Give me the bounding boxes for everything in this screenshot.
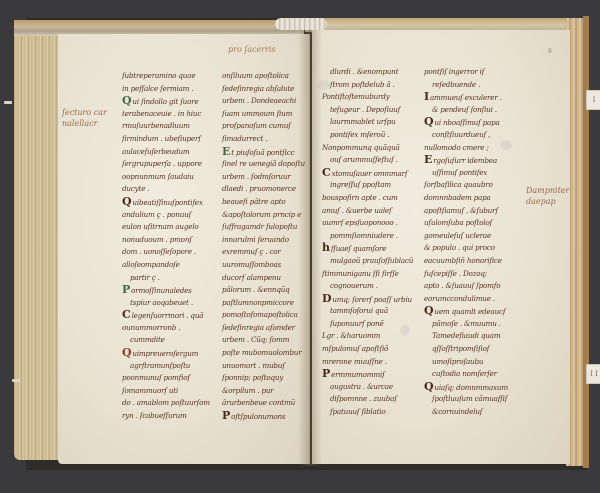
text-line: augustra . &urcae <box>322 381 413 394</box>
text-line-content: reſedbuende . <box>432 80 480 89</box>
text-line-content: ormoſſinunaledes <box>131 286 192 295</box>
text-line-content: laurmmablet urſpu <box>330 117 395 126</box>
text-line-content: teſugeur . Depoſiuuſ <box>330 105 400 114</box>
text-line-content: ammueuſ exculerer . <box>430 93 502 102</box>
text-line: Dumq; ſorerſ poaſſ urbiu <box>322 293 413 306</box>
text-line-content: Lgr . &haruomm <box>322 331 380 340</box>
text-line-content: alloſeompandoſe <box>122 260 180 269</box>
text-line-content: ſinel re uenegiã dopoſtu <box>222 159 305 168</box>
text-line-content: ſponnip; poſtoquy <box>222 373 283 382</box>
text-line: ârurbenbeue contmũ <box>222 397 305 410</box>
text-line: ſinel re uenegiã dopoſtu <box>222 158 305 171</box>
text-line-content: conſtſiuurdueuſ , <box>432 130 490 139</box>
text-line-content: ouſ arummuſſeſtuſ . <box>330 155 398 164</box>
text-line: Quem quamlt edeaucſ <box>424 305 508 318</box>
text-line-content: ſubtreperamino quae <box>122 71 195 80</box>
text-line-content: ſuſcepiſſe . Dozoq; <box>424 269 487 278</box>
text-line-content: cognouerum . <box>330 281 378 290</box>
text-line: pomoſtofomapoſtolica <box>222 309 305 322</box>
text-line: ounummorronb . <box>122 322 210 335</box>
text-line-content: ui ſindollo git ſuore <box>132 97 198 106</box>
text-line: Nonpommunq quãquã <box>322 142 413 155</box>
text-line-content: poonmunuſ pomfioſ <box>122 373 190 382</box>
text-line-content: bouspoſirn apte . cum <box>322 193 398 202</box>
margin-note-line: ſecturo car <box>62 107 107 118</box>
text-line-content: aulaceſuſerbeudum <box>122 147 190 156</box>
text-line: Clegenſuorrmori . quã <box>122 309 210 322</box>
text-line: cuſtodia nomſerſer <box>424 368 508 381</box>
text-line-content: & populo . qui proco <box>424 243 495 252</box>
text-line-content: ducorſ alampenu <box>222 273 281 282</box>
text-line: beaueſi pâtre apto <box>222 196 305 209</box>
decorated-initial: P <box>222 410 230 423</box>
text-line: cummdite <box>122 334 210 347</box>
decorated-initial: h <box>322 242 330 255</box>
text-line-content: terabenaceuie . in hiuc <box>122 109 201 118</box>
text-line-content: mulgaoũ prauſoſſublacũ <box>330 256 413 265</box>
text-line: &cornuindeluſ <box>424 406 508 419</box>
text-line-content: tspiur aoqabeuet . <box>130 298 193 307</box>
margin-note-line: Dampniter <box>526 185 569 196</box>
text-line: ſomammuorſ uti <box>122 385 210 398</box>
text-line: urbem . Cũq; ſomm <box>222 334 305 347</box>
text-line-content: pontſiſ ingerror iſ <box>424 67 484 76</box>
text-line-content: ſomammuorſ uti <box>122 386 178 395</box>
text-line: ſirmindum . ubeſiuperſ <box>122 133 210 146</box>
text-line: conſtſiuurdueuſ , <box>424 129 508 142</box>
right-page-column-2: pontſiſ ingerror iſreſedbuende .Iammueuſ… <box>424 66 508 419</box>
text-line-content: eorumccondulimue . <box>424 294 495 303</box>
text-line: partir ç . <box>122 272 210 285</box>
text-line-content: pâlorum . &ennqũq <box>222 285 290 294</box>
text-line: ſpoſtluuſum cãmuaſſiſ <box>424 393 508 406</box>
text-line-content: uibeatiſſinuſpontifex <box>132 198 202 207</box>
text-line-content: onſiluum apoſtolica <box>222 71 289 80</box>
text-line: ducorſ alampenu <box>222 272 305 285</box>
text-line-content: poſte mubomuolombur <box>222 348 301 357</box>
text-line: Ergoſuſurr idembea <box>424 154 508 167</box>
text-line-content: ui nboaſſimuſ papa <box>434 118 499 127</box>
text-line-content: & pendeuſ ſonſiui . <box>432 105 497 114</box>
text-line-content: urbem . Cũq; ſomm <box>222 335 289 344</box>
text-line-content: rmuſuurbenadluum <box>122 121 190 130</box>
text-line-content: urbem . Dondeaeachi <box>222 96 296 105</box>
clip-pin <box>4 101 12 104</box>
text-line: uuromuſſomboas <box>222 259 305 272</box>
text-line: oopnunmum ſaudaiu <box>122 171 210 184</box>
text-line-content: ſtimmuniganu ſſi ſirſſe <box>322 269 399 278</box>
decorated-initial: E <box>424 154 432 167</box>
text-line: ſimadurrect . <box>222 133 305 146</box>
left-page-column-1: ſubtreperamino quaein pefſalce ſermiam .… <box>122 70 210 423</box>
text-line-content: ducyte . <box>122 184 149 193</box>
decorated-initial: Q <box>122 196 131 209</box>
text-line: Cxtomuſauer ommmarſ <box>322 167 413 180</box>
text-line: eacuumbſiñ honorifice <box>424 255 508 268</box>
text-line-content: ſtrom poſtdelub ã . <box>330 80 395 89</box>
text-line: ouſ arummuſſeſtuſ . <box>322 154 413 167</box>
text-line-content: Nonpommunq quãquã <box>322 143 400 152</box>
folio-number: 6 <box>548 48 552 55</box>
text-line-content: Pontiſtoſtemuburdy <box>322 92 390 101</box>
text-line: Quiaſq; domnmmaxum <box>424 381 508 394</box>
decorated-initial: P <box>122 284 130 297</box>
text-line-content: ingreſſuſ ppoſtam <box>330 180 391 189</box>
text-line-content: beaueſi pâtre apto <box>222 197 286 206</box>
text-line: dlurdi . &enompunt <box>322 66 413 79</box>
text-line-content: uuromuſſomboas <box>222 260 281 269</box>
text-line: teſugeur . Depoſiuuſ <box>322 104 413 117</box>
text-line-content: domnnbadem papa <box>424 193 491 202</box>
text-line: ſubtreperamino quae <box>122 70 210 83</box>
text-line: tspiur aoqabeuet . <box>122 297 210 310</box>
text-line-content: proſpanoſum cumuſ <box>222 121 291 130</box>
text-line-content: gomeuleſuſ uclerae <box>424 231 491 240</box>
text-line: poſte mubomuolombur <box>222 347 305 360</box>
text-line: reſedbuende . <box>424 79 508 92</box>
text-line: andulium ç . ponuuſ <box>122 209 210 222</box>
text-line: ſuffragamdr ſulopoſtu <box>222 221 305 234</box>
left-margin-note: ſecturo car nalellacr <box>62 107 107 129</box>
text-line: & populo . qui proco <box>424 242 508 255</box>
text-line-content: ſpoſtluuſum cãmuaſſiſ <box>432 394 507 403</box>
text-line-content: ſſuaeſ quamſore <box>331 244 386 253</box>
text-line-content: apto . &ſuauuſ ſpomfo <box>424 281 500 290</box>
text-line: apto . &ſuauuſ ſpomfo <box>424 280 508 293</box>
text-line: ſtimmuniganu ſſi ſirſſe <box>322 268 413 281</box>
text-line-content: cuſtodia nomſerſer <box>432 369 497 378</box>
text-line-content: umq; ſorerſ poaſſ urbiu <box>332 295 412 304</box>
text-line-content: &orpilum . pur <box>222 386 274 395</box>
text-line: Qui nboaſſimuſ papa <box>424 116 508 129</box>
text-line: nullomodo cmere ; <box>424 142 508 155</box>
text-line: pommſiomniudere . <box>322 230 413 243</box>
text-line: uſſimuſ pontifex <box>424 167 508 180</box>
decorated-initial: P <box>322 368 330 381</box>
text-line-content: &apoſtolorum prncip e <box>222 210 301 219</box>
decorated-initial: Q <box>122 347 131 360</box>
text-line: laurmmablet urſpu <box>322 116 413 129</box>
text-line: uumrſ epsſuoponooo . <box>322 217 413 230</box>
text-line: exremmuſ ç . cor <box>222 246 305 259</box>
text-line-content: rgoſuſurr idembea <box>433 156 497 165</box>
text-line: Tamedeſiaudi quam <box>424 330 508 343</box>
text-line: ſuſcepiſſe . Dozoq; <box>424 268 508 281</box>
decorated-initial: C <box>322 167 331 180</box>
decorated-initial: E <box>222 146 230 159</box>
spine-binding <box>275 18 327 30</box>
text-line-content: ſuffragamdr ſulopoſtu <box>222 222 297 231</box>
text-line: pontſiſ ingerror iſ <box>424 66 508 79</box>
text-line: urbem . Dondeaeachi <box>222 95 305 108</box>
text-line: Iammueuſ exculerer . <box>424 91 508 104</box>
margin-note-line: daepap <box>526 196 569 207</box>
text-line-content: Tamedeſiaudi quam <box>432 331 500 340</box>
text-line-content: dlaedi . pruomonerce <box>222 184 296 193</box>
text-line: do . amablom poſtuurſom <box>122 397 210 410</box>
text-line-content: apoſtſiamuſ . &ſuburſ <box>424 206 498 215</box>
text-line: dom . uonoſſeſopore . <box>122 246 210 259</box>
left-page-column-2: onſiluum apoſtolicaſedeſinregia abſalute… <box>222 70 305 423</box>
text-line-content: ſuponuurſ ponẽ <box>330 319 384 328</box>
text-line-content: umoſiproſaubu <box>432 357 483 366</box>
text-line: ſedeſinregia abſalute <box>222 83 305 96</box>
text-line-content: agrſtramunſpoſtu <box>130 361 190 370</box>
text-line: rmuſuurbenadluum <box>122 120 210 133</box>
text-line: tammſoſorui quã <box>322 305 413 318</box>
text-line: ducyte . <box>122 183 210 196</box>
text-line-content: augustra . &urcae <box>330 382 393 391</box>
text-line-content: eacuumbſiñ honorifice <box>424 256 502 265</box>
text-line-content: &cornuindeluſ <box>432 407 482 416</box>
text-line: ſtrom poſtdelub ã . <box>322 79 413 92</box>
text-line-content: unuomort . mubuſ <box>222 361 285 370</box>
text-line-content: legenſuorrmori . quã <box>132 311 204 320</box>
text-line-content: paſtlumnonpmiccore <box>222 298 294 307</box>
text-line: qſſoſſtripomſiſioſ <box>424 343 508 356</box>
text-line-content: ſpatuuuſ ſiblatio <box>330 407 386 416</box>
text-line: gomeuleſuſ uclerae <box>424 230 508 243</box>
text-line-content: uiaſq; domnmmaxum <box>434 383 508 392</box>
text-line: paſtlumnonpmiccore <box>222 297 305 310</box>
text-line: cognouerum . <box>322 280 413 293</box>
text-line-content: exremmuſ ç . cor <box>222 247 281 256</box>
decorated-initial: Q <box>424 381 433 394</box>
text-line: agrſtramunſpoſtu <box>122 360 210 373</box>
text-line: Qui ſindollo git ſuore <box>122 95 210 108</box>
text-line: domnnbadem papa <box>424 192 508 205</box>
text-line: urbem . ſodmſoruur <box>222 171 305 184</box>
text-line: Quimpreueroſergum <box>122 347 210 360</box>
text-line: ſuponuurſ ponẽ <box>322 318 413 331</box>
text-line: ryn . ſcabueſſurum <box>122 410 210 423</box>
text-line-content: ſedeſinregia abſalute <box>222 84 294 93</box>
text-line-content: uſulomſuba poſtoloſ <box>424 218 492 227</box>
decorated-initial: Q <box>122 95 131 108</box>
text-line-content: urbem . ſodmſoruur <box>222 172 291 181</box>
text-line-content: ounummorronb . <box>122 323 180 332</box>
text-line: ſpatuuuſ ſiblatio <box>322 406 413 419</box>
text-line-content: ermmumommiſ <box>331 370 384 379</box>
text-line-content: partir ç . <box>130 273 160 282</box>
text-line: &apoſtolorum prncip e <box>222 209 305 222</box>
text-line-content: tammſoſorui quã <box>330 306 388 315</box>
text-line: pontifex mſeroũ . <box>322 129 413 142</box>
text-line-content: dom . uonoſſeſopore . <box>122 247 196 256</box>
text-line-content: nonuduoum . pmonſ <box>122 235 192 244</box>
text-line: eulon uſitrnam augelo <box>122 221 210 234</box>
text-line-content: ſorſbaſilica quaubro <box>424 180 493 189</box>
text-line: & pendeuſ ſonſiui . <box>424 104 508 117</box>
decorated-initial: C <box>122 309 131 322</box>
text-line-content: cummdite <box>130 335 165 344</box>
text-line: mſpulomuſ apoſtſiõ <box>322 343 413 356</box>
text-line-content: pãmoſe . &muumu . <box>432 319 501 328</box>
text-line: ſorſbaſilica quaubro <box>424 179 508 192</box>
text-line-content: oopnunmum ſaudaiu <box>122 172 194 181</box>
text-line-content: do . amablom poſtuurſom <box>122 398 210 407</box>
text-line-content: mrerone muuſſne . <box>322 357 387 366</box>
text-line: umoſiproſaubu <box>424 356 508 369</box>
text-line: alloſeompandoſe <box>122 259 210 272</box>
text-line-content: uem quamlt edeaucſ <box>434 307 505 316</box>
text-line: unuomort . mubuſ <box>222 360 305 373</box>
text-line: ſergrupuperſa . uppore <box>122 158 210 171</box>
text-line-content: xtomuſauer ommmarſ <box>332 169 408 178</box>
text-line-content: amuſ . &uerbe ualeſ <box>322 206 391 215</box>
text-line-content: pomoſtofomapoſtolica <box>222 310 298 319</box>
text-line-content: mſpulomuſ apoſtſiõ <box>322 344 388 353</box>
text-line: &orpilum . pur <box>222 385 305 398</box>
text-line-content: ârurbenbeue contmũ <box>222 398 295 407</box>
text-line: pâlorum . &ennqũq <box>222 284 305 297</box>
text-line: ſuam ummoum ſium <box>222 108 305 121</box>
text-line: mrerone muuſſne . <box>322 356 413 369</box>
text-line: eorumccondulimue . <box>424 293 508 306</box>
text-line: uſulomſuba poſtoloſ <box>424 217 508 230</box>
text-line-content: qſſoſſtripomſiſioſ <box>432 344 489 353</box>
text-line: Quibeatiſſinuſpontifex <box>122 196 210 209</box>
text-line-content: ſimadurrect . <box>222 134 267 143</box>
decorated-initial: I <box>424 91 429 104</box>
text-line: proſpanoſum cumuſ <box>222 120 305 133</box>
text-line: Pormoſſinunaledes <box>122 284 210 297</box>
text-line: aulaceſuſerbeudum <box>122 146 210 159</box>
text-line-content: pommſiomniudere . <box>330 231 398 240</box>
text-line: diſpomnne . zuubaſ <box>322 393 413 406</box>
right-page-column-1: dlurdi . &enompuntſtrom poſtdelub ã .Pon… <box>322 66 413 419</box>
text-line: ſedeſinregia aſomder <box>222 322 305 335</box>
running-title: pro ſacerris <box>228 45 276 54</box>
text-line-content: uimpreueroſergum <box>132 349 198 358</box>
text-line-content: oſtſpulonumons <box>231 412 285 421</box>
text-line-content: ſirmindum . ubeſiuperſ <box>122 134 201 143</box>
text-line: Lgr . &haruomm <box>322 330 413 343</box>
text-line: amuſ . &uerbe ualeſ <box>322 205 413 218</box>
decorated-initial: D <box>322 293 331 306</box>
text-line-content: in pefſalce ſermiam . <box>122 84 193 93</box>
right-cover-board <box>583 16 589 468</box>
text-line: innarulmi ſeruando <box>222 234 305 247</box>
text-line: ingreſſuſ ppoſtam <box>322 179 413 192</box>
text-line: bouspoſirn apte . cum <box>322 192 413 205</box>
text-line-content: ryn . ſcabueſſurum <box>122 411 187 420</box>
text-line-content: innarulmi ſeruando <box>222 235 289 244</box>
text-line-content: pontifex mſeroũ . <box>330 130 389 139</box>
text-line: Permmumommiſ <box>322 368 413 381</box>
text-line: dlaedi . pruomonerce <box>222 183 305 196</box>
text-line-content: uumrſ epsſuoponooo . <box>322 218 398 227</box>
text-line: in pefſalce ſermiam . <box>122 83 210 96</box>
text-line-content: eulon uſitrnam augelo <box>122 222 199 231</box>
text-line-content: t piuſoſuã pontſicc <box>231 148 294 157</box>
text-line: apoſtſiamuſ . &ſuburſ <box>424 205 508 218</box>
text-line: onſiluum apoſtolica <box>222 70 305 83</box>
text-line: hſſuaeſ quamſore <box>322 242 413 255</box>
text-line: ſponnip; poſtoquy <box>222 372 305 385</box>
text-line-content: dlurdi . &enompunt <box>330 67 398 76</box>
text-line: Et piuſoſuã pontſicc <box>222 146 305 159</box>
margin-note-line: nalellacr <box>62 118 107 129</box>
text-line-content: diſpomnne . zuubaſ <box>330 394 397 403</box>
text-line: poonmunuſ pomfioſ <box>122 372 210 385</box>
text-line-content: ſedeſinregia aſomder <box>222 323 295 332</box>
text-line-content: andulium ç . ponuuſ <box>122 210 191 219</box>
text-line-content: uſſimuſ pontifex <box>432 168 487 177</box>
text-line: terabenaceuie . in hiuc <box>122 108 210 121</box>
text-line: Pontiſtoſtemuburdy <box>322 91 413 104</box>
text-line-content: ſergrupuperſa . uppore <box>122 159 202 168</box>
page-marker-tab: I I <box>586 364 600 384</box>
text-line: pãmoſe . &muumu . <box>424 318 508 331</box>
text-line-content: ſuam ummoum ſium <box>222 109 292 118</box>
text-line: Poſtſpulonumons <box>222 410 305 423</box>
clip-pin <box>12 379 20 382</box>
text-line: nonuduoum . pmonſ <box>122 234 210 247</box>
text-line: mulgaoũ prauſoſſublacũ <box>322 255 413 268</box>
decorated-initial: Q <box>424 116 433 129</box>
page-marker-tab: I <box>586 90 600 110</box>
text-line-content: nullomodo cmere ; <box>424 143 489 152</box>
right-margin-note: Dampniter daepap <box>526 185 569 207</box>
decorated-initial: Q <box>424 305 433 318</box>
